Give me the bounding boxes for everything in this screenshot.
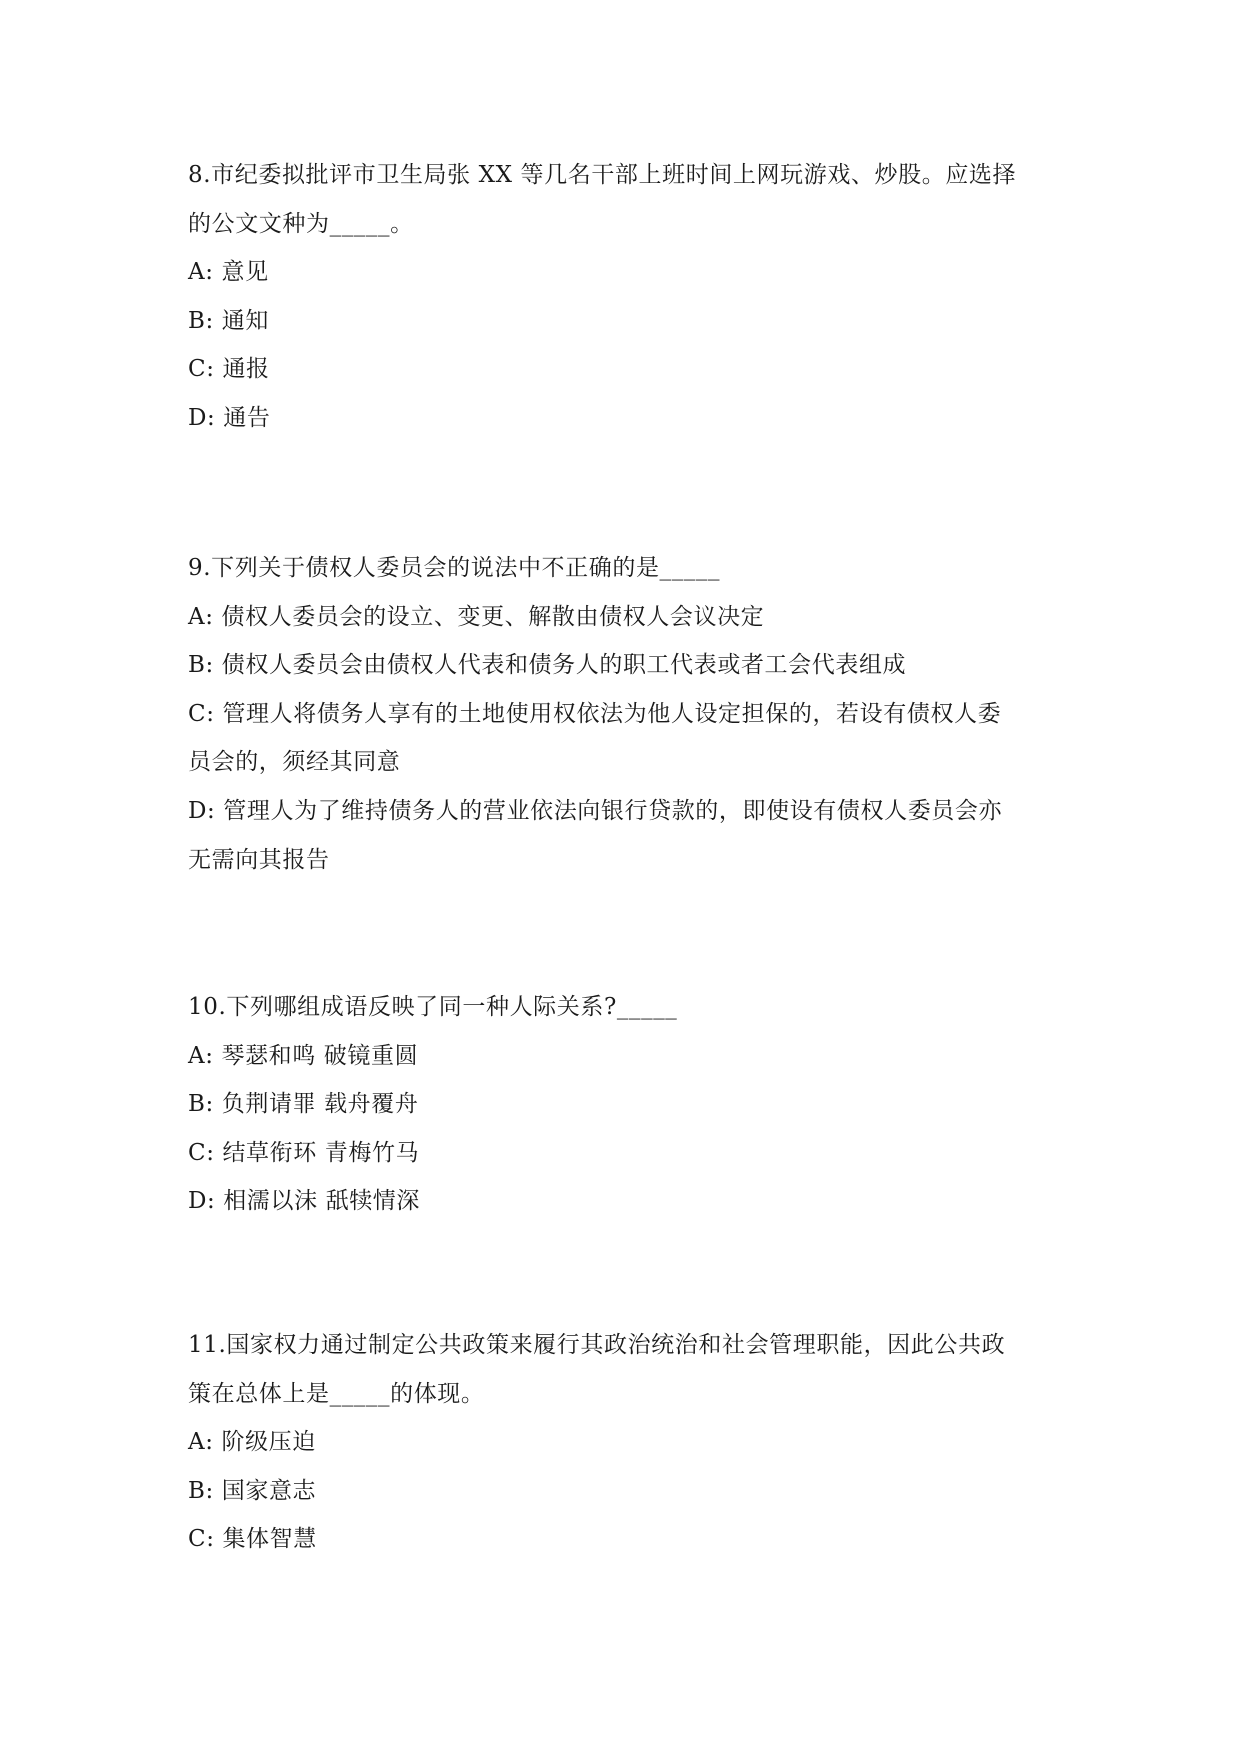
option-d: D: 管理人为了维持债务人的营业依法向银行贷款的，即使设有债权人委员会亦	[188, 787, 1058, 836]
question-stem-line: 的公文文种为_____。	[188, 200, 1058, 249]
question-stem-line: 8.市纪委拟批评市卫生局张 XX 等几名干部上班时间上网玩游戏、炒股。应选择	[188, 151, 1058, 200]
question-stem-line: 11.国家权力通过制定公共政策来履行其政治统治和社会管理职能，因此公共政	[188, 1321, 1058, 1370]
option-c: C: 结草衔环 青梅竹马	[188, 1129, 1058, 1178]
option-c-continued: 员会的，须经其同意	[188, 738, 1058, 787]
option-b: B: 国家意志	[188, 1467, 1058, 1516]
option-d-continued: 无需向其报告	[188, 836, 1058, 885]
option-d: D: 通告	[188, 394, 1058, 443]
document-page: 8.市纪委拟批评市卫生局张 XX 等几名干部上班时间上网玩游戏、炒股。应选择 的…	[0, 0, 1240, 1753]
option-b: B: 负荆请罪 载舟覆舟	[188, 1080, 1058, 1129]
option-d: D: 相濡以沫 舐犊情深	[188, 1177, 1058, 1226]
question-10: 10.下列哪组成语反映了同一种人际关系?_____ A: 琴瑟和鸣 破镜重圆 B…	[188, 983, 1058, 1226]
question-9: 9.下列关于债权人委员会的说法中不正确的是_____ A: 债权人委员会的设立、…	[188, 544, 1058, 884]
option-a: A: 意见	[188, 248, 1058, 297]
question-8: 8.市纪委拟批评市卫生局张 XX 等几名干部上班时间上网玩游戏、炒股。应选择 的…	[188, 151, 1058, 443]
option-a: A: 琴瑟和鸣 破镜重圆	[188, 1032, 1058, 1081]
option-b: B: 通知	[188, 297, 1058, 346]
option-c: C: 通报	[188, 345, 1058, 394]
option-a: A: 债权人委员会的设立、变更、解散由债权人会议决定	[188, 593, 1058, 642]
option-c: C: 管理人将债务人享有的土地使用权依法为他人设定担保的，若设有债权人委	[188, 690, 1058, 739]
option-a: A: 阶级压迫	[188, 1418, 1058, 1467]
option-b: B: 债权人委员会由债权人代表和债务人的职工代表或者工会代表组成	[188, 641, 1058, 690]
question-11: 11.国家权力通过制定公共政策来履行其政治统治和社会管理职能，因此公共政 策在总…	[188, 1321, 1058, 1564]
question-stem-line: 策在总体上是_____的体现。	[188, 1370, 1058, 1419]
question-stem-line: 10.下列哪组成语反映了同一种人际关系?_____	[188, 983, 1058, 1032]
option-c: C: 集体智慧	[188, 1515, 1058, 1564]
question-stem-line: 9.下列关于债权人委员会的说法中不正确的是_____	[188, 544, 1058, 593]
